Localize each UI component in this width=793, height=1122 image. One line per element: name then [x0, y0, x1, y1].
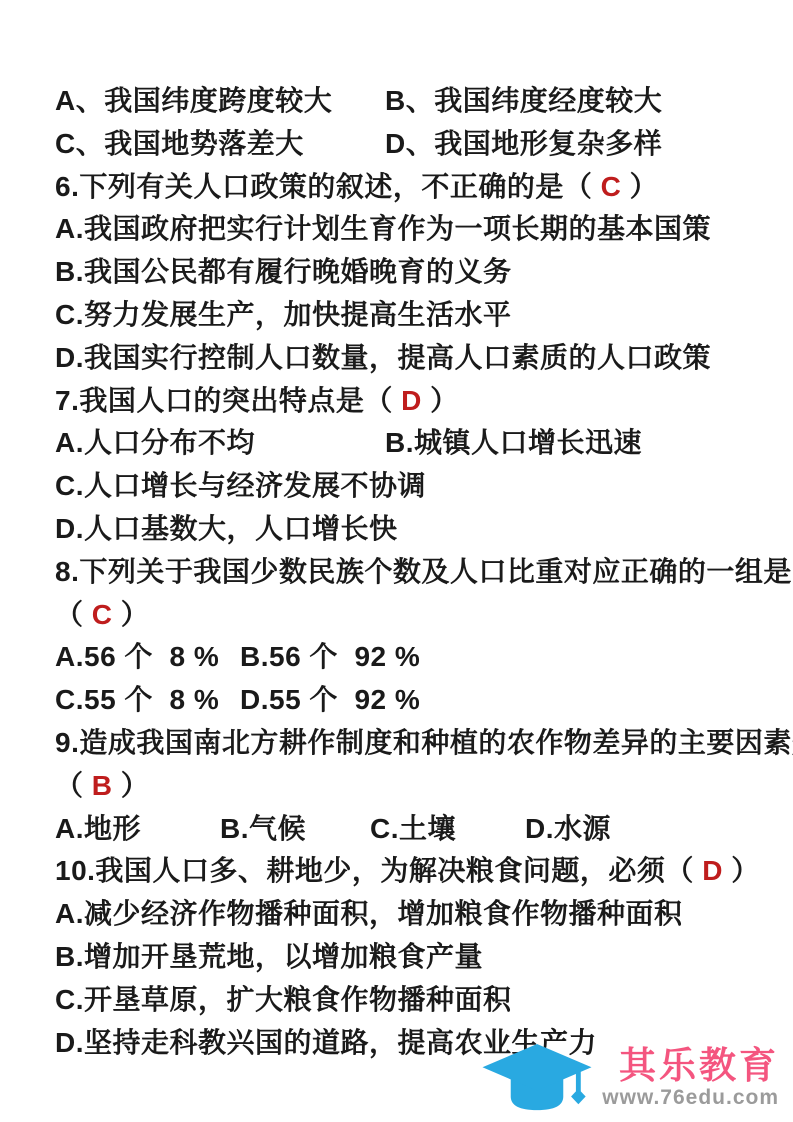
question-text: A.地形	[55, 808, 220, 851]
question-text: ）	[113, 594, 150, 637]
q7-stem: 7.我国人口的突出特点是（ D ）	[55, 380, 783, 423]
q10-stem: 10.我国人口多、耕地少，为解决粮食问题，必须（ D ）	[55, 850, 783, 893]
question-text: C、我国地势落差大	[55, 123, 385, 166]
answer-letter: C	[92, 594, 113, 637]
logo-brand-name: 其乐教育	[619, 1047, 779, 1084]
question-text: B、我国纬度经度较大	[385, 80, 662, 123]
q9-stem: 9.造成我国南北方耕作制度和种植的农作物差异的主要因素是	[55, 722, 783, 765]
question-text: A.56 个 8 %	[55, 636, 240, 679]
answer-letter: D	[401, 380, 422, 423]
question-text: C.开垦草原，扩大粮食作物播种面积	[55, 979, 512, 1022]
question-text: D.55 个 92 %	[240, 679, 420, 722]
q7-option-d: D.人口基数大，人口增长快	[55, 508, 783, 551]
q6-stem: 6.下列有关人口政策的叙述，不正确的是（ C ）	[55, 166, 783, 209]
question-text: C.55 个 8 %	[55, 679, 240, 722]
question-text: C.人口增长与经济发展不协调	[55, 465, 426, 508]
q6-option-d: D.我国实行控制人口数量，提高人口素质的人口政策	[55, 337, 783, 380]
question-text: D、我国地形复杂多样	[385, 123, 662, 166]
answer-letter: B	[92, 765, 113, 808]
question-text: D.人口基数大，人口增长快	[55, 508, 398, 551]
question-text: B.我国公民都有履行晚婚晚育的义务	[55, 251, 512, 294]
q10-option-b: B.增加开垦荒地，以增加粮食产量	[55, 936, 783, 979]
worksheet-page: A、我国纬度跨度较大B、我国纬度经度较大C、我国地势落差大D、我国地形复杂多样6…	[0, 0, 793, 1122]
logo-website-url: www.76edu.com	[602, 1086, 779, 1109]
q10-option-c: C.开垦草原，扩大粮食作物播种面积	[55, 979, 783, 1022]
question-text: 7.我国人口的突出特点是（	[55, 380, 401, 423]
q7-options-ab: A.人口分布不均B.城镇人口增长迅速	[55, 422, 783, 465]
question-text: ）	[723, 850, 760, 893]
answer-letter: C	[601, 166, 622, 209]
question-text: A、我国纬度跨度较大	[55, 80, 385, 123]
q7-option-c: C.人口增长与经济发展不协调	[55, 465, 783, 508]
site-logo: 其乐教育 www.76edu.com	[478, 1042, 779, 1114]
q9-options: A.地形B.气候C.土壤D.水源	[55, 808, 783, 851]
logo-text-block: 其乐教育 www.76edu.com	[602, 1047, 779, 1109]
q5-options-row-ab: A、我国纬度跨度较大B、我国纬度经度较大	[55, 80, 783, 123]
question-text: ）	[113, 765, 150, 808]
question-text: C.土壤	[370, 808, 525, 851]
question-text: 6.下列有关人口政策的叙述，不正确的是（	[55, 166, 601, 209]
question-text: ）	[621, 166, 658, 209]
q10-option-a: A.减少经济作物播种面积，增加粮食作物播种面积	[55, 893, 783, 936]
q6-option-b: B.我国公民都有履行晚婚晚育的义务	[55, 251, 783, 294]
q5-options-row-cd: C、我国地势落差大D、我国地形复杂多样	[55, 123, 783, 166]
question-text: D.我国实行控制人口数量，提高人口素质的人口政策	[55, 337, 711, 380]
question-text: B.城镇人口增长迅速	[385, 422, 642, 465]
graduation-cap-icon	[478, 1042, 596, 1114]
question-text: ）	[422, 380, 459, 423]
q8-stem: 8.下列关于我国少数民族个数及人口比重对应正确的一组是	[55, 551, 783, 594]
question-text: B.增加开垦荒地，以增加粮食产量	[55, 936, 483, 979]
question-text: （	[55, 594, 92, 637]
q8-options-cd: C.55 个 8 %D.55 个 92 %	[55, 679, 783, 722]
question-text: A.我国政府把实行计划生育作为一项长期的基本国策	[55, 208, 711, 251]
q6-option-a: A.我国政府把实行计划生育作为一项长期的基本国策	[55, 208, 783, 251]
question-text: 8.下列关于我国少数民族个数及人口比重对应正确的一组是	[55, 551, 792, 594]
question-text: 9.造成我国南北方耕作制度和种植的农作物差异的主要因素是	[55, 722, 793, 765]
question-text: A.人口分布不均	[55, 422, 385, 465]
answer-letter: D	[702, 850, 723, 893]
question-text: B.气候	[220, 808, 370, 851]
question-text: D.水源	[525, 808, 611, 851]
question-list: A、我国纬度跨度较大B、我国纬度经度较大C、我国地势落差大D、我国地形复杂多样6…	[55, 80, 783, 1064]
question-text: A.减少经济作物播种面积，增加粮食作物播种面积	[55, 893, 683, 936]
q6-option-c: C.努力发展生产，加快提高生活水平	[55, 294, 783, 337]
question-text: 10.我国人口多、耕地少，为解决粮食问题，必须（	[55, 850, 702, 893]
q8-answer: （ C ）	[55, 594, 783, 637]
question-text: （	[55, 765, 92, 808]
question-text: C.努力发展生产，加快提高生活水平	[55, 294, 512, 337]
q9-answer: （ B ）	[55, 765, 783, 808]
question-text: B.56 个 92 %	[240, 636, 420, 679]
q8-options-ab: A.56 个 8 %B.56 个 92 %	[55, 636, 783, 679]
